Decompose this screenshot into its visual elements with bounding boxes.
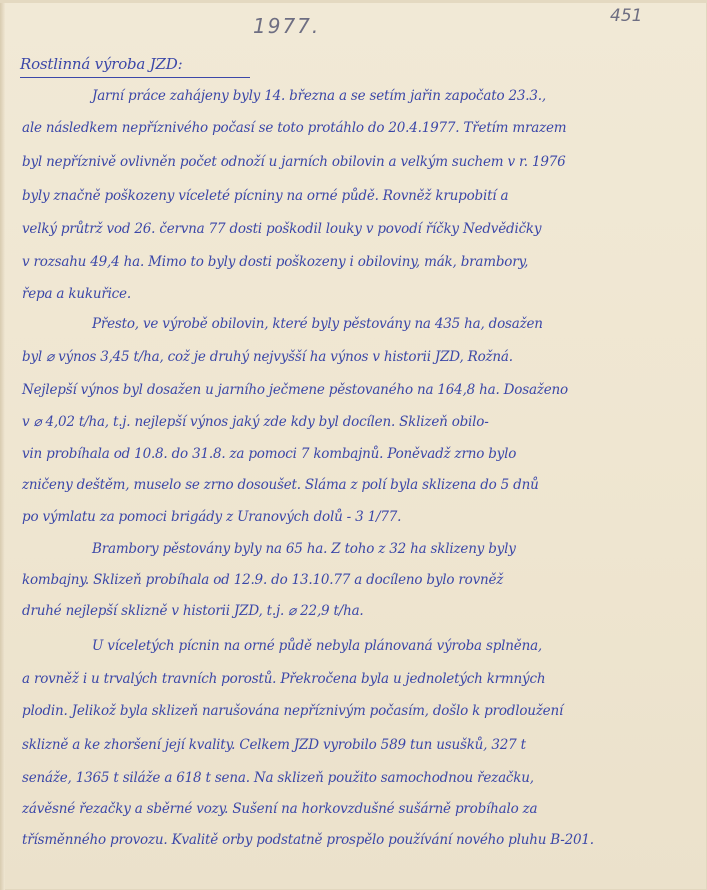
text-line: v rozsahu 49,4 ha. Mimo to byly dosti po… — [22, 254, 528, 270]
text-line: zničeny deštěm, muselo se zrno dosoušet.… — [22, 477, 539, 493]
text-line: třísměnného provozu. Kvalitě orby podsta… — [22, 832, 594, 848]
section-heading: Rostlinná výroba JZD: — [20, 55, 250, 78]
page-number: 451 — [610, 6, 642, 26]
text-line: Nejlepší výnos byl dosažen u jarního ječ… — [22, 382, 568, 398]
text-line: byly značně poškozeny víceleté pícniny n… — [22, 188, 508, 204]
text-line: sklizně a ke zhoršení její kvality. Celk… — [22, 737, 526, 753]
text-line: kombajny. Sklizeň probíhala od 12.9. do … — [22, 572, 503, 588]
text-line: druhé nejlepší sklizně v historii JZD, t… — [22, 603, 364, 619]
text-line: velký průtrž vod 26. června 77 dosti poš… — [22, 221, 541, 237]
text-line: po výmlatu za pomoci brigády z Uranových… — [22, 509, 401, 525]
text-line: plodin. Jelikož byla sklizeň narušována … — [22, 703, 563, 719]
text-line: Přesto, ve výrobě obilovin, které byly p… — [92, 316, 543, 332]
text-line: v ⌀ 4,02 t/ha, t.j. nejlepší výnos jaký … — [22, 414, 489, 430]
text-line: Jarní práce zahájeny byly 14. března a s… — [92, 88, 546, 104]
document-page: 1977. 451 Rostlinná výroba JZD: Jarní pr… — [0, 0, 707, 890]
year-title: 1977. — [253, 14, 320, 38]
text-line: byl ⌀ výnos 3,45 t/ha, což je druhý nejv… — [22, 349, 513, 365]
text-line: U víceletých pícnin na orné půdě nebyla … — [92, 638, 542, 654]
text-line: řepa a kukuřice. — [22, 286, 131, 302]
text-line: ale následkem nepříznivého počasí se tot… — [22, 120, 566, 136]
text-line: byl nepříznivě ovlivněn počet odnoží u j… — [22, 154, 566, 170]
text-line: vin probíhala od 10.8. do 31.8. za pomoc… — [22, 446, 516, 462]
text-line: a rovněž i u trvalých travních porostů. … — [22, 671, 545, 687]
text-line: senáže, 1365 t siláže a 618 t sena. Na s… — [22, 770, 534, 786]
text-line: závěsné řezačky a sběrné vozy. Sušení na… — [22, 801, 537, 817]
text-line: Brambory pěstovány byly na 65 ha. Z toho… — [92, 541, 516, 557]
